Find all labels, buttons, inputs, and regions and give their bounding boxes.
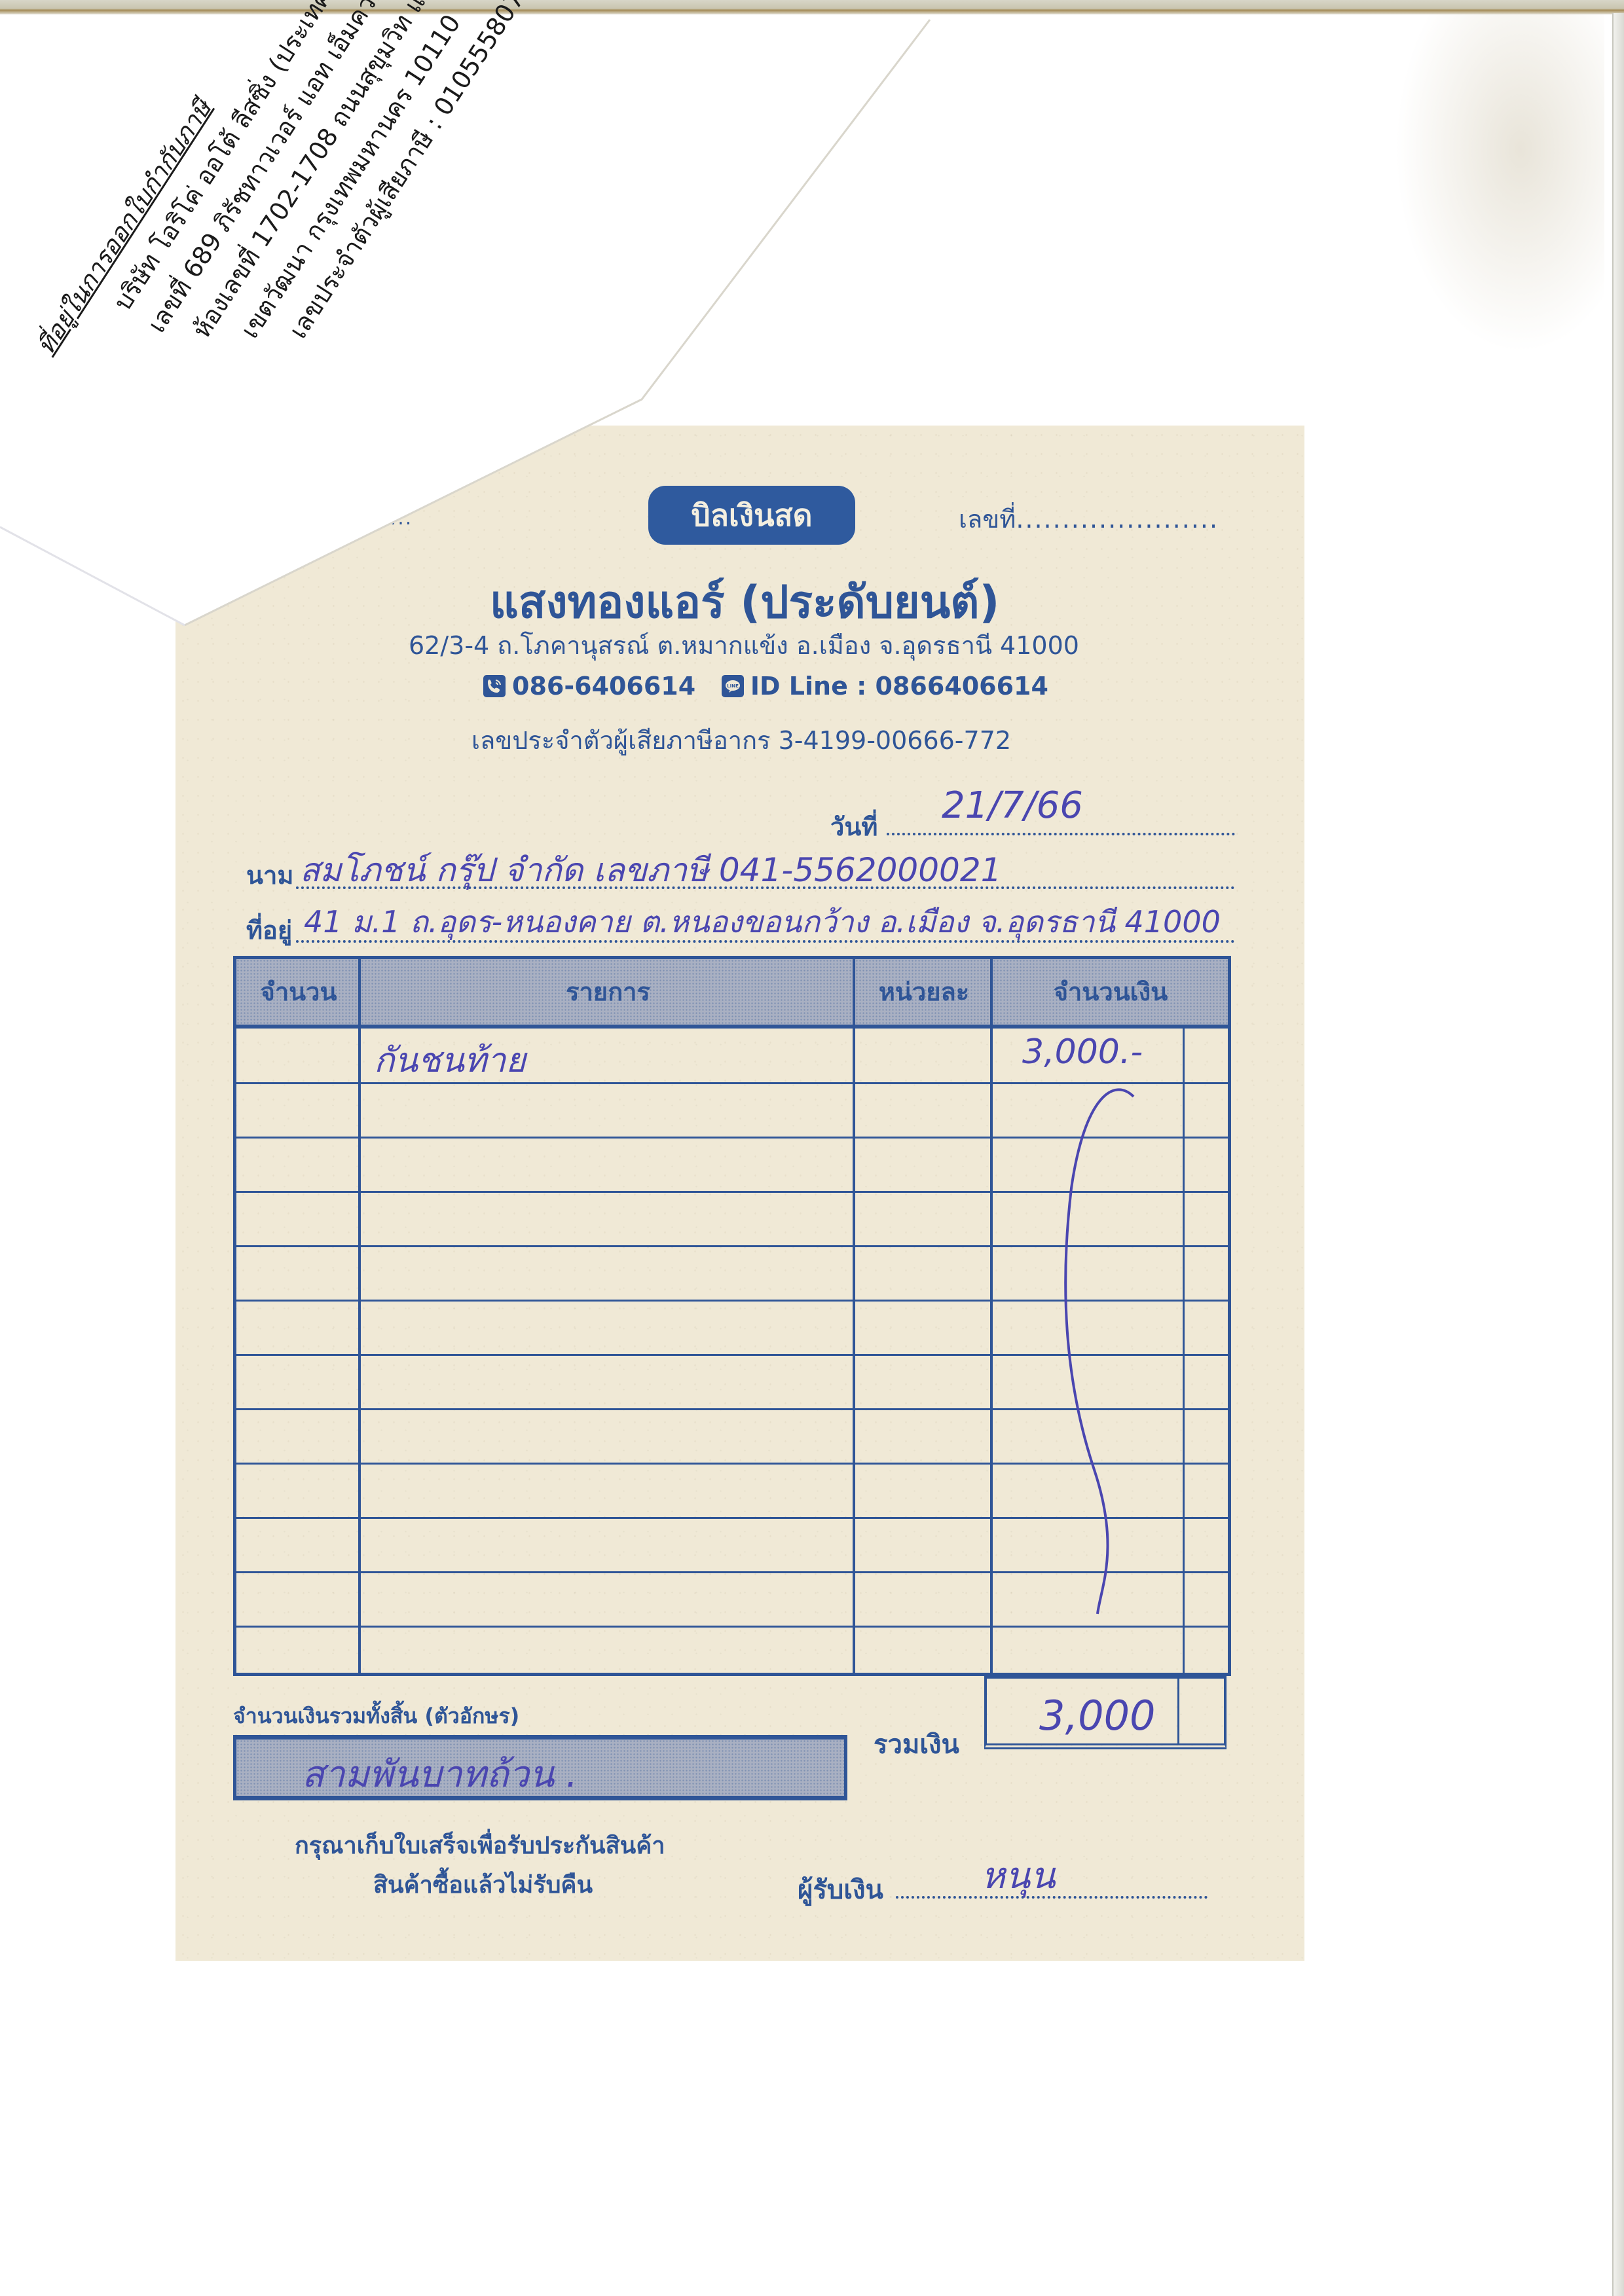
total-in-words-value: สามพันบาทถ้วน .: [302, 1745, 578, 1803]
shop-tax-id: เลขประจำตัวผู้เสียภาษีอากร 3-4199-00666-…: [471, 720, 1011, 760]
svg-text:LINE: LINE: [727, 683, 739, 689]
paper-stain: [1395, 13, 1604, 354]
scanner-edge-right: [1612, 13, 1624, 2296]
pen-stroke-mark: [1022, 1077, 1179, 1620]
tax-address-text: ที่อยู่ในการออกใบกำกับภาษี บริษัท โอริโค…: [26, 0, 570, 473]
doc-number: เลขที่......................: [959, 499, 1219, 539]
total-box: 3,000: [984, 1676, 1227, 1749]
name-label: นาม: [246, 855, 293, 895]
dotted-leader: ........: [352, 507, 413, 530]
row-divider: [236, 1626, 1228, 1628]
scanner-edge-top: [0, 0, 1624, 14]
tax-address-line-4: เขตวัฒนา กรุงเทพมหานคร 10110: [162, 0, 536, 451]
header-item: รายการ: [361, 959, 855, 1025]
phone-icon: [483, 675, 506, 697]
address-value: 41 ม.1 ถ.อุดร-หนองคาย ต.หนองขอนกว้าง อ.เ…: [304, 898, 1221, 946]
name-value: สมโภชน์ กรุ๊ป จำกัด เลขภาษี 041-55620000…: [300, 845, 1001, 896]
warranty-note: กรุณาเก็บใบเสร็จเพื่อรับประกันสินค้า: [295, 1827, 665, 1864]
header-qty: จำนวน: [236, 959, 361, 1025]
total-in-words-label: จำนวนเงินรวมทั้งสิ้น (ตัวอักษร): [233, 1700, 519, 1733]
tax-address-line-3: ห้องเลขที่ 1702-1708 ถนนสุขุมวิท แขวง: [128, 0, 502, 429]
tax-address-line-5: เลขประจำตัวผู้เสียภาษี : 0105558076681: [196, 0, 570, 473]
tax-address-title: ที่อยู่ในการออกใบกำกับภาษี: [26, 0, 399, 363]
col-divider: [358, 959, 361, 1673]
tax-address-line-2: เลขที่ 689 ภิรัชทาวเวอร์ แอท เอ็มควอเทีย…: [94, 0, 468, 407]
date-label: วันที่: [830, 807, 877, 847]
address-label: ที่อยู่: [246, 910, 292, 950]
no-return-note: สินค้าซื้อแล้วไม่รับคืน: [373, 1866, 593, 1903]
shop-contact: 086-6406614 LINE ID Line : 0866406614: [483, 672, 1048, 701]
shop-phone: 086-6406614: [512, 672, 695, 701]
doc-type-badge: บิลเงินสด: [648, 486, 855, 545]
doc-number-dots: ......................: [1016, 505, 1219, 534]
header-amount: จำนวนเงิน: [993, 959, 1228, 1025]
total-label: รวมเงิน: [874, 1723, 959, 1765]
shop-line-id: ID Line : 0866406614: [750, 672, 1048, 701]
total-in-words-box: สามพันบาทถ้วน .: [233, 1735, 847, 1800]
row-1-amount: 3,000.-: [1022, 1032, 1143, 1072]
payee-signature: หนุน: [981, 1846, 1055, 1904]
payee-label: ผู้รับเงิน: [798, 1868, 883, 1910]
header-unit-price: หน่วยละ: [855, 959, 993, 1025]
satang-divider: [1177, 1679, 1179, 1743]
shop-address: 62/3-4 ถ.โภคานุสรณ์ ต.หมากแข้ง อ.เมือง จ…: [409, 625, 1079, 665]
row-1-item: กันชนท้าย: [374, 1032, 526, 1087]
line-chat-icon: LINE: [722, 675, 744, 697]
table-header: จำนวน รายการ หน่วยละ จำนวนเงิน: [236, 959, 1228, 1029]
date-value: 21/7/66: [942, 784, 1083, 827]
tax-address-line-1: บริษัท โอริโค่ ออโต้ ลีสซิ่ง (ประเทศไทย): [60, 0, 434, 385]
satang-divider: [1183, 1029, 1185, 1673]
doc-number-label: เลขที่: [959, 505, 1016, 534]
col-divider: [853, 959, 855, 1673]
items-table: จำนวน รายการ หน่วยละ จำนวนเงิน กันชนท้าย…: [233, 956, 1231, 1676]
total-value: 3,000: [1039, 1692, 1156, 1740]
cash-receipt: ........ บิลเงินสด เลขที่...............…: [175, 426, 1304, 1961]
date-line: [887, 833, 1235, 835]
col-divider: [990, 959, 993, 1673]
